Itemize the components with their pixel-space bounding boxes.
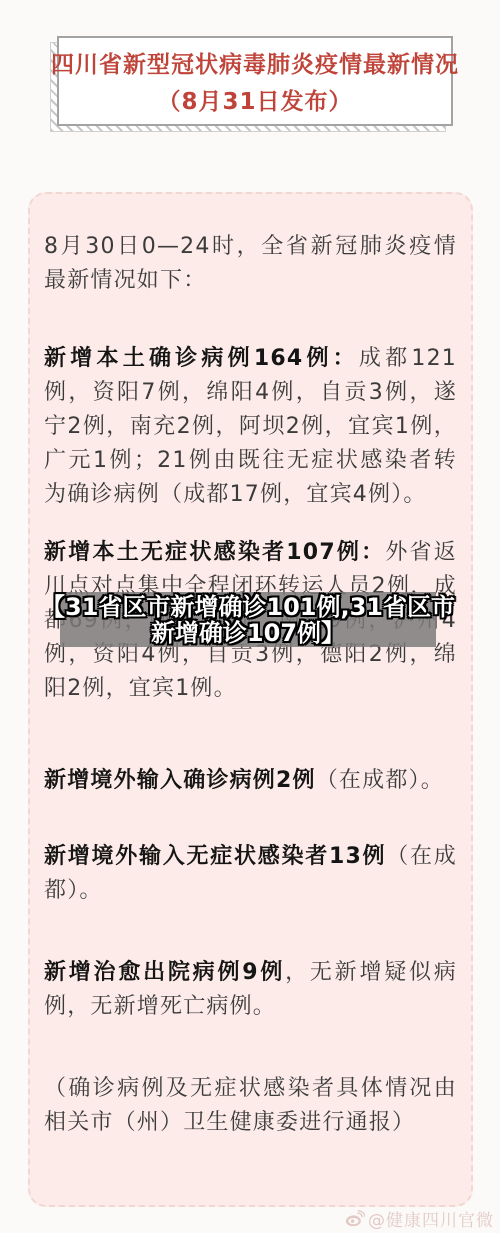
paragraph-note: （确诊病例及无症状感染者具体情况由相关市（州）卫生健康委进行通报） bbox=[44, 1072, 457, 1140]
caption-line2: 新增确诊107例】 bbox=[151, 620, 345, 646]
paragraph-lead: 新增本土无症状感染者107例： bbox=[44, 540, 385, 565]
paragraph-intro: 8月30日0—24时，全省新冠肺炎疫情最新情况如下： bbox=[44, 230, 457, 298]
paragraph-text: （在成都）。 bbox=[316, 768, 444, 793]
caption-line1: 【31省区市新增确诊101例,31省区市 bbox=[41, 594, 455, 620]
watermark: @健康四川官微 bbox=[345, 1206, 494, 1231]
paragraph-recovered: 新增治愈出院病例9例，无新增疑似病例，无新增死亡病例。 bbox=[44, 956, 457, 1024]
page-title-line1: 四川省新型冠状病毒肺炎疫情最新情况 bbox=[51, 46, 459, 79]
paragraph-lead: 新增本土确诊病例164例： bbox=[44, 346, 359, 371]
paragraph-local-confirmed: 新增本土确诊病例164例：成都121例，资阳7例，绵阳4例，自贡3例，遂宁2例，… bbox=[44, 342, 457, 512]
paragraph-text: （确诊病例及无症状感染者具体情况由相关市（州）卫生健康委进行通报） bbox=[44, 1076, 457, 1135]
caption-overlay: 【31省区市新增确诊101例,31省区市 新增确诊107例】 bbox=[60, 592, 436, 647]
paragraph-text: 8月30日0—24时，全省新冠肺炎疫情最新情况如下： bbox=[44, 234, 457, 293]
page-title-line2: （8月31日发布） bbox=[157, 83, 352, 116]
announcement-poster: 四川省新型冠状病毒肺炎疫情最新情况 （8月31日发布） 8月30日0—24时，全… bbox=[0, 0, 500, 1233]
paragraph-lead: 新增治愈出院病例9例 bbox=[44, 960, 285, 985]
paragraph-imported-asymptomatic: 新增境外输入无症状感染者13例（在成都）。 bbox=[44, 840, 457, 908]
paragraph-lead: 新增境外输入确诊病例2例 bbox=[44, 768, 316, 793]
weibo-icon bbox=[345, 1210, 365, 1227]
paragraph-imported-confirmed: 新增境外输入确诊病例2例（在成都）。 bbox=[44, 764, 457, 798]
header-card: 四川省新型冠状病毒肺炎疫情最新情况 （8月31日发布） bbox=[57, 36, 453, 126]
watermark-text: @健康四川官微 bbox=[368, 1206, 494, 1231]
content-card: 8月30日0—24时，全省新冠肺炎疫情最新情况如下： 新增本土确诊病例164例：… bbox=[28, 192, 473, 1207]
paragraph-lead: 新增境外输入无症状感染者13例 bbox=[44, 844, 386, 869]
